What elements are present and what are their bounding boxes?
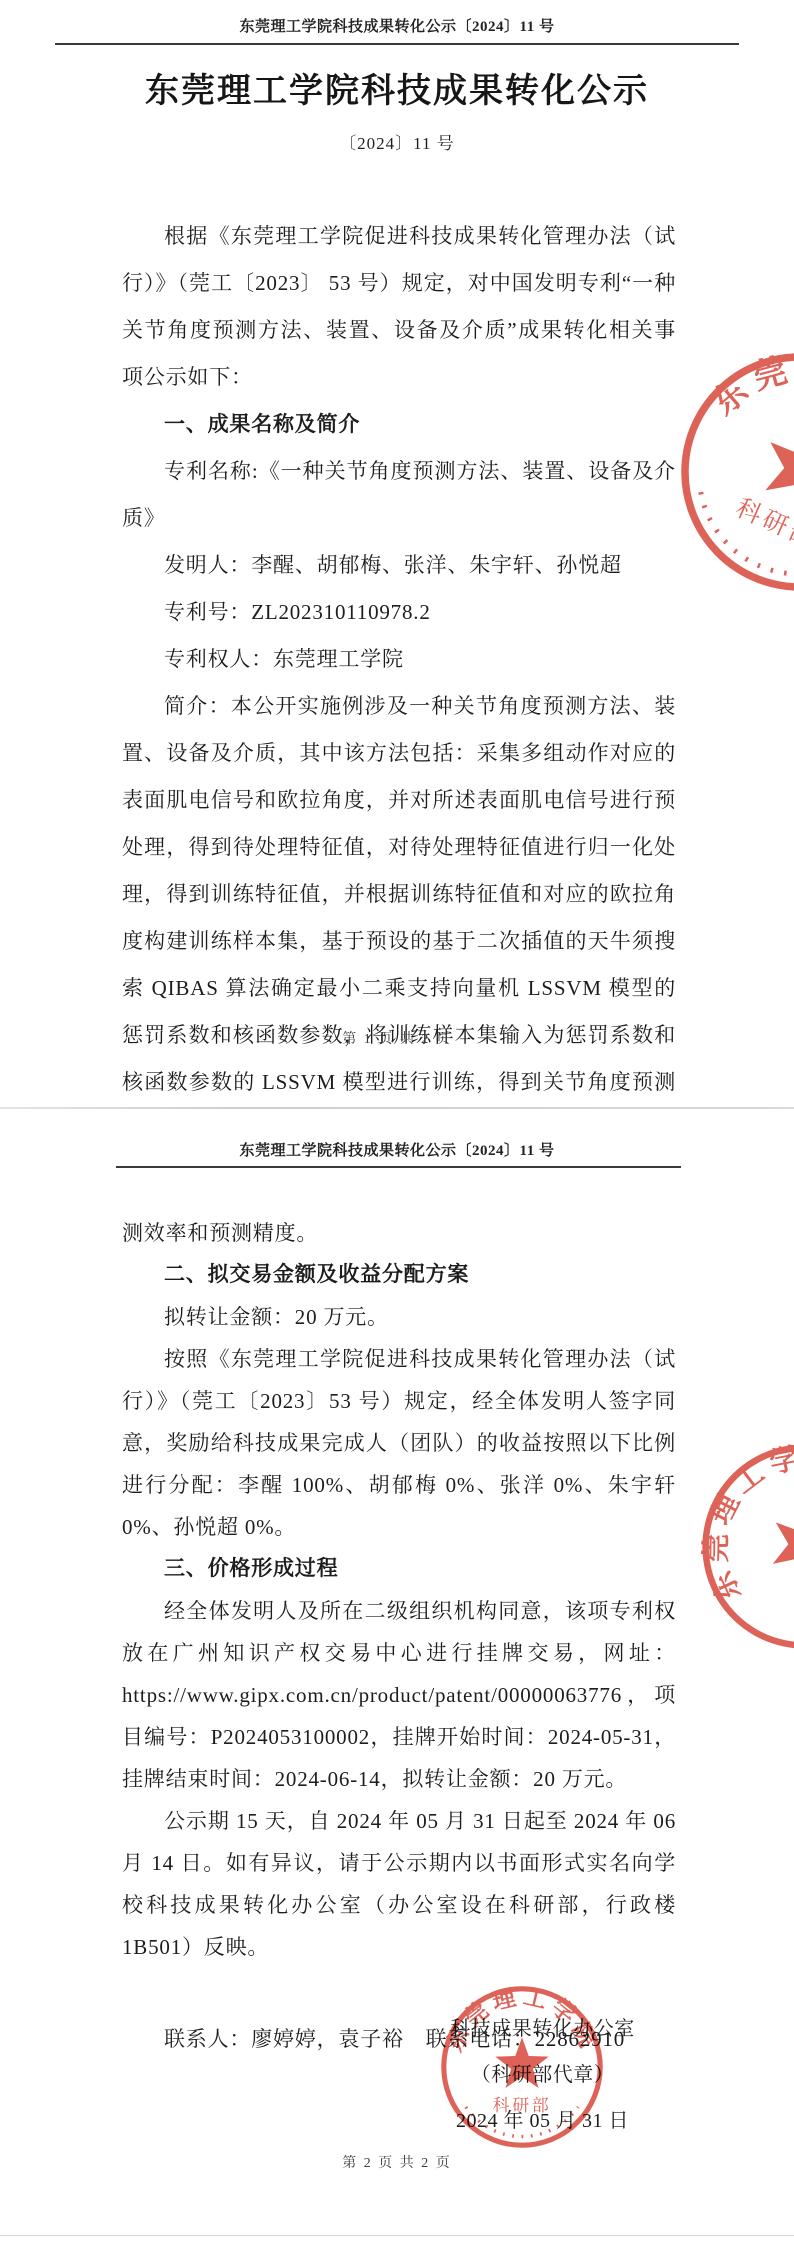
section-3-heading: 三、价格形成过程 [122,1548,676,1590]
notice-period-paragraph: 公示期 15 天，自 2024 年 05 月 31 日起至 2024 年 06 … [122,1800,676,1968]
section-2-heading: 二、拟交易金额及收益分配方案 [122,1254,676,1296]
distribution-paragraph: 按照《东莞理工学院促进科技成果转化管理办法（试行）》（莞工〔2023〕53 号）… [122,1338,676,1548]
section-1-heading: 一、成果名称及简介 [122,401,676,448]
patent-owner-line: 专利权人：东莞理工学院 [122,636,676,683]
running-header-text: 东莞理工学院科技成果转化公示〔2024〕11 号 [240,19,555,35]
intro-paragraph: 根据《东莞理工学院促进科技成果转化管理办法（试行）》（莞工〔2023〕 53 号… [122,213,676,401]
scanned-document: 东莞理工学院科技成果转化公示〔2024〕11 号 东莞理工学院科技成果转化公示 … [0,0,794,2244]
page-1-running-header: 东莞理工学院科技成果转化公示〔2024〕11 号 [55,0,739,45]
page-2: 东莞理工学院科技成果转化公示〔2024〕11 号 测效率和预测精度。 二、拟交易… [0,1109,794,2244]
page-2-running-header: 东莞理工学院科技成果转化公示〔2024〕11 号 [0,1109,794,1160]
continuation-line: 测效率和预测精度。 [122,1212,676,1254]
page-2-header-rule [116,1166,681,1168]
star-icon [495,2037,548,2088]
document-title: 东莞理工学院科技成果转化公示 [0,71,794,113]
seal-ring-text: 东莞理工学院 [659,1401,794,1616]
office-seal: 东莞理工学院 科研部 [437,1982,607,2152]
listing-paragraph: 经全体发明人及所在二级组织机构同意，该项专利权放在广州知识产权交易中心进行挂牌交… [122,1590,676,1800]
page-1: 东莞理工学院科技成果转化公示〔2024〕11 号 东莞理工学院科技成果转化公示 … [0,0,794,1107]
document-number: 〔2024〕11 号 [0,132,794,156]
page-2-footer: 第 2 页 共 2 页 [0,2152,794,2172]
seal-subtext: 科研部 [493,2096,552,2115]
page-1-body: 根据《东莞理工学院促进科技成果转化管理办法（试行）》（莞工〔2023〕 53 号… [122,213,676,1107]
patent-name-line: 专利名称:《一种关节角度预测方法、装置、设备及介质》 [122,448,676,542]
patent-number-line: 专利号：ZL202310110978.2 [122,589,676,636]
star-icon [754,1496,794,1589]
transfer-amount-line: 拟转让金额：20 万元。 [122,1296,676,1338]
svg-text:东莞理工学院: 东莞理工学院 [659,1401,794,1616]
page-1-footer: 第 1 页 共 2 页 [0,1028,794,1048]
scan-bottom-edge [0,2235,794,2236]
inventors-line: 发明人：李醒、胡郁梅、张洋、朱宇轩、孙悦超 [122,542,676,589]
seal-subtext: 科研部 [732,494,794,555]
page-2-body: 测效率和预测精度。 二、拟交易金额及收益分配方案 拟转让金额：20 万元。 按照… [122,1212,676,1968]
